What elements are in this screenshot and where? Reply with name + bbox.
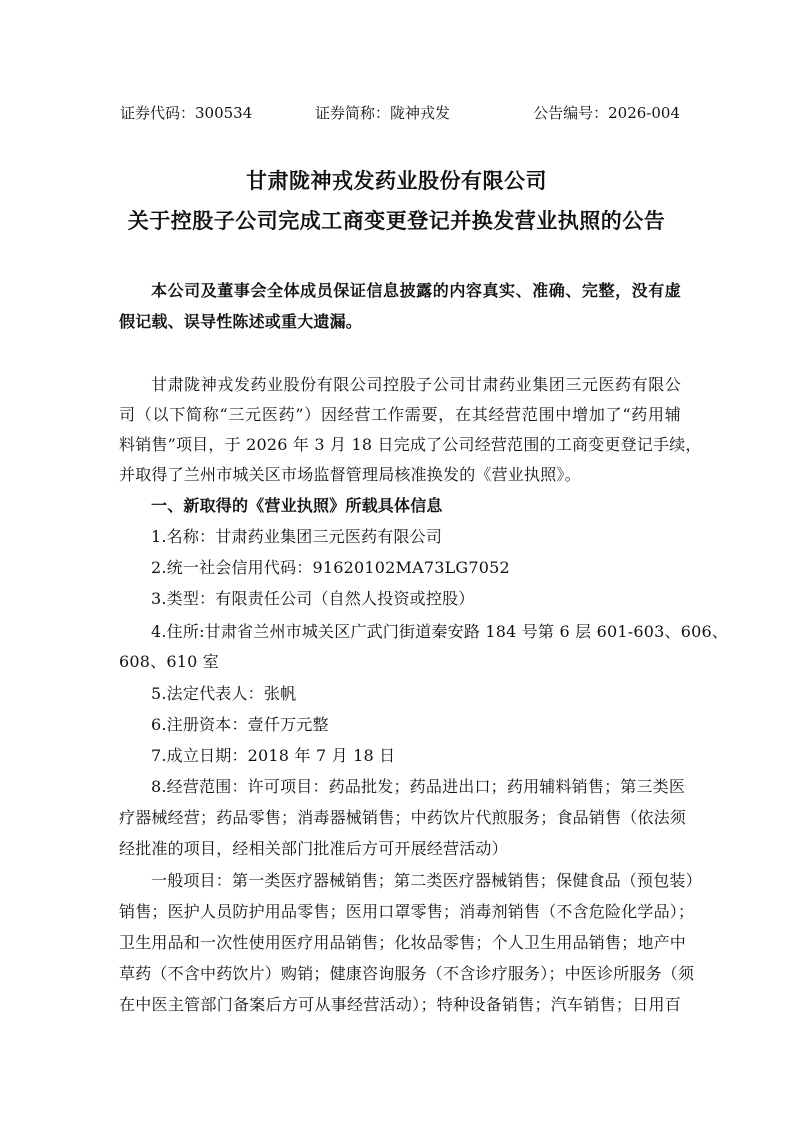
info-item-name: 1.名称：甘肃药业集团三元医药有限公司 xyxy=(151,525,681,549)
scope-line: 疗器械经营；药品零售；消毒器械销售；中药饮片代煎服务；食品销售（依法须 xyxy=(119,806,681,830)
document-page: 证券代码：300534 证券简称：陇神戎发 公告编号：2026-004 甘肃陇神… xyxy=(0,0,793,1122)
statement-line: 假记载、误导性陈述或重大遗漏。 xyxy=(119,310,681,334)
info-item-credit-code: 2.统一社会信用代码：91620102MA73LG7052 xyxy=(151,556,681,580)
info-item-capital: 6.注册资本：壹仟万元整 xyxy=(151,713,681,737)
scope-line: 卫生用品和一次性使用医疗用品销售；化妆品零售；个人卫生用品销售；地产中 xyxy=(119,931,681,955)
company-title: 甘肃陇神戎发药业股份有限公司 xyxy=(0,167,793,195)
scope-line: 销售；医护人员防护用品零售；医用口罩零售；消毒剂销售（不含危险化学品）； xyxy=(119,900,681,924)
info-item-address-cont: 608、610 室 xyxy=(119,650,681,674)
announcement-number: 公告编号：2026-004 xyxy=(533,102,680,124)
paragraph-line: 甘肃陇神戎发药业股份有限公司控股子公司甘肃药业集团三元医药有限公 xyxy=(151,373,681,397)
scope-line: 一般项目：第一类医疗器械销售；第二类医疗器械销售；保健食品（预包装） xyxy=(151,869,681,893)
scope-line: 8.经营范围：许可项目：药品批发；药品进出口；药用辅料销售；第三类医 xyxy=(151,775,681,799)
scope-line: 经批准的项目，经相关部门批准后方可开展经营活动） xyxy=(119,837,681,861)
paragraph-line: 司（以下简称“三元医药”）因经营工作需要，在其经营范围中增加了“药用辅 xyxy=(119,403,681,427)
announcement-title: 关于控股子公司完成工商变更登记并换发营业执照的公告 xyxy=(0,207,793,235)
scope-line: 在中医主管部门备案后方可从事经营活动）；特种设备销售；汽车销售；日用百 xyxy=(119,993,681,1017)
paragraph-line: 并取得了兰州市城关区市场监督管理局核准换发的《营业执照》。 xyxy=(119,463,681,487)
info-item-established: 7.成立日期：2018 年 7 月 18 日 xyxy=(151,744,681,768)
scope-line: 草药（不含中药饮片）购销；健康咨询服务（不含诊疗服务）；中医诊所服务（须 xyxy=(119,962,681,986)
stock-code: 证券代码：300534 xyxy=(120,102,252,124)
info-item-address: 4.住所:甘肃省兰州市城关区广武门街道秦安路 184 号第 6 层 601-60… xyxy=(151,620,681,644)
announcement-header: 证券代码：300534 证券简称：陇神戎发 公告编号：2026-004 xyxy=(120,102,680,124)
info-item-legal-rep: 5.法定代表人：张帆 xyxy=(151,682,681,706)
paragraph-line: 料销售”项目，于 2026 年 3 月 18 日完成了公司经营范围的工商变更登记… xyxy=(119,433,681,457)
section-heading: 一、新取得的《营业执照》所载具体信息 xyxy=(151,494,681,518)
statement-line: 本公司及董事会全体成员保证信息披露的内容真实、准确、完整，没有虚 xyxy=(151,279,681,303)
info-item-type: 3.类型：有限责任公司（自然人投资或控股） xyxy=(151,587,681,611)
stock-abbreviation: 证券简称：陇神戎发 xyxy=(315,102,450,124)
